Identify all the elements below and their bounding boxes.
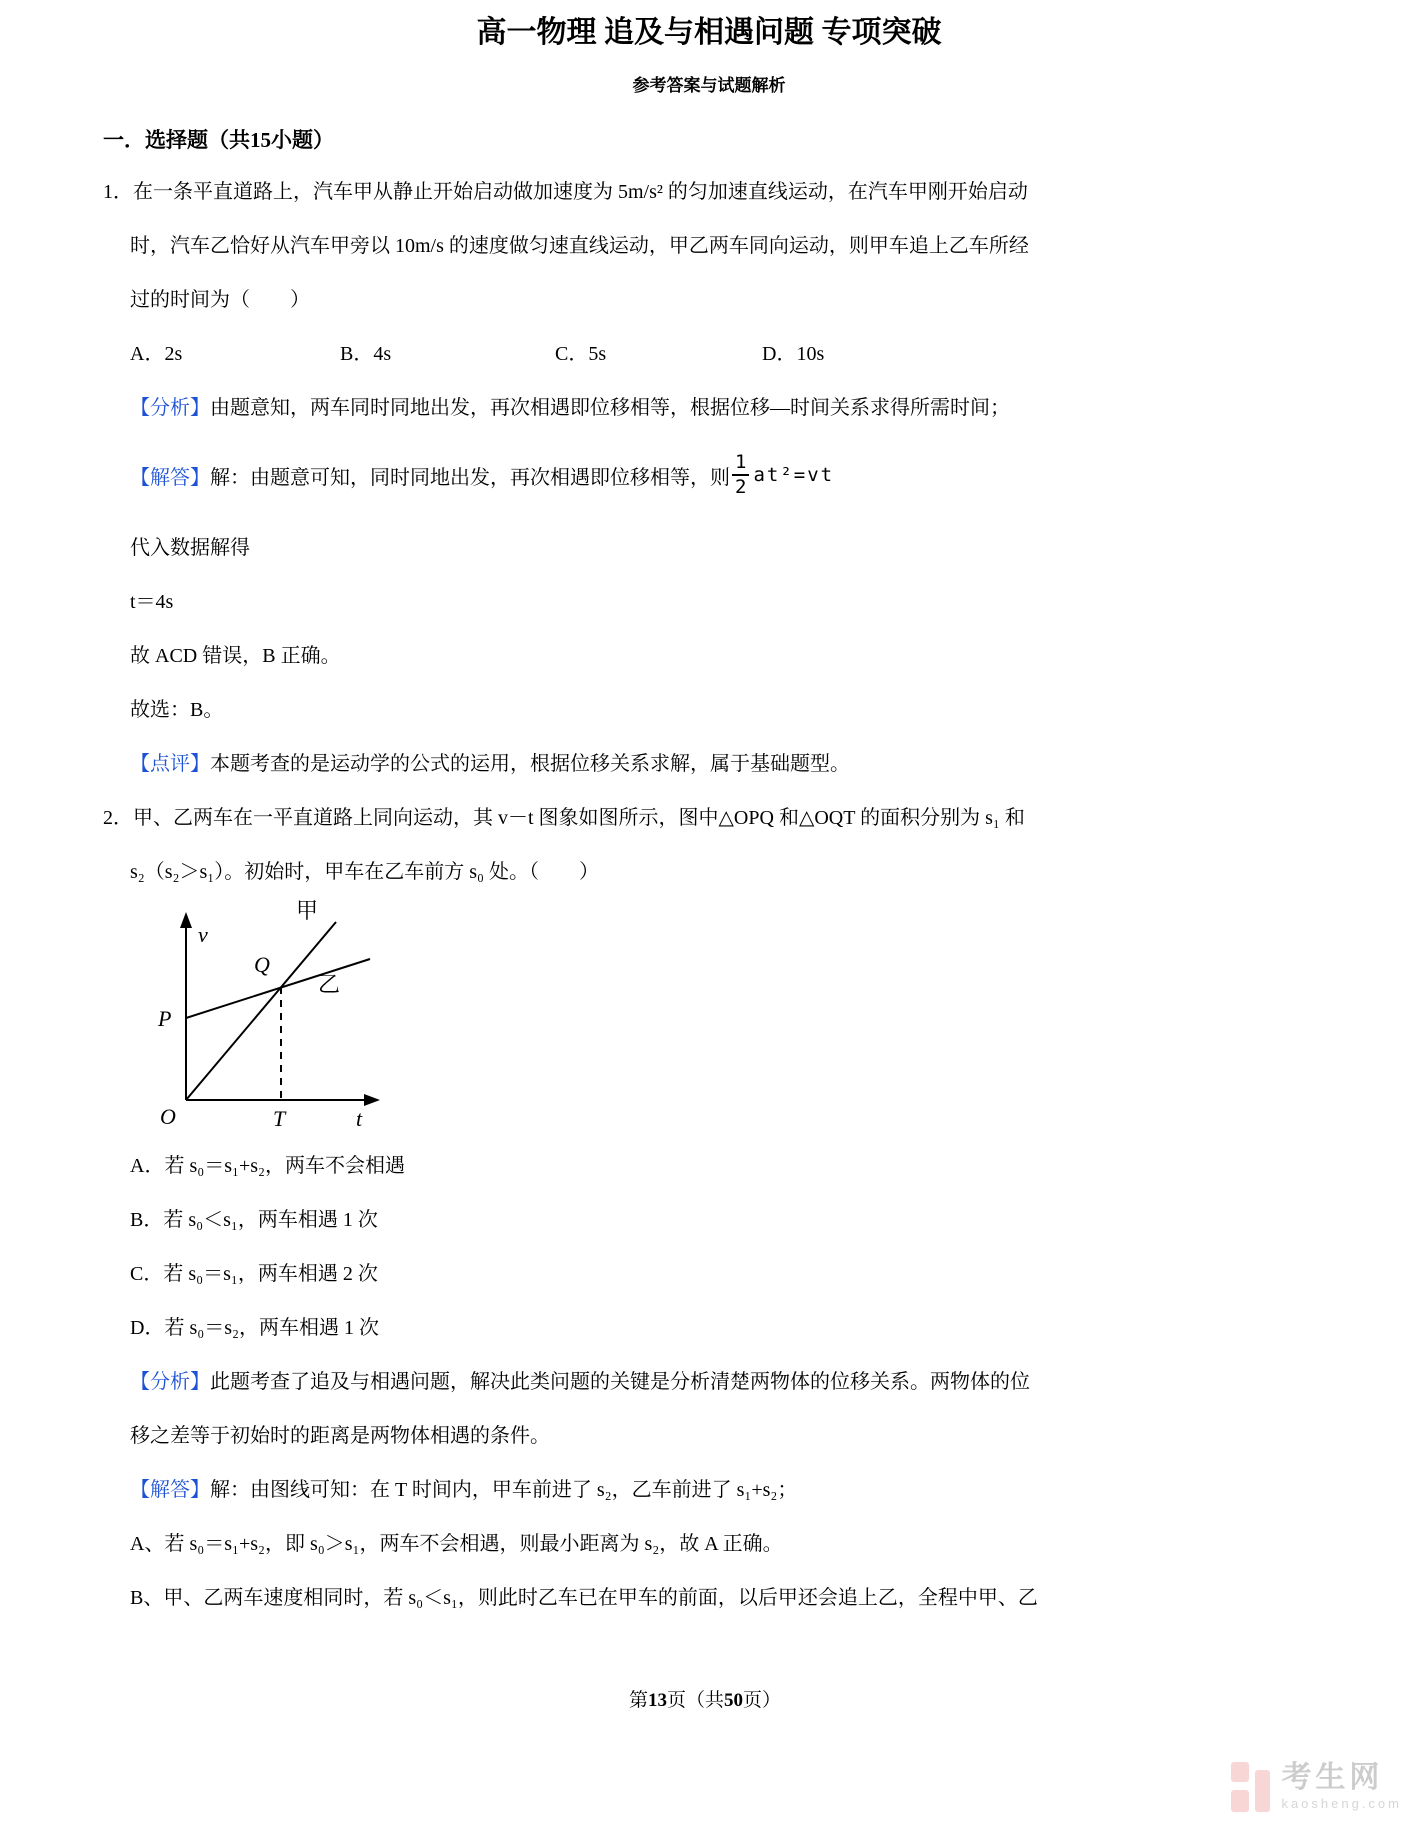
jia-curve-label: 甲 [296,900,318,923]
answer-label: 【解答】 [130,1473,210,1502]
line-yi [186,959,370,1018]
q1-option-d: D．10s [762,337,824,366]
footer-suffix: 页） [743,1690,781,1711]
vt-graph: v t O P Q T 甲 乙 [118,900,388,1132]
q1-option-c: C．5s [555,337,762,366]
footer-page-number: 13 [648,1690,667,1711]
equation-text: at²=vt [753,464,834,486]
q1-analysis-line: 【分析】 由题意知，两车同时同地出发，再次相遇即位移相等，根据位移—时间关系求得… [103,378,1315,432]
v-axis-label: v [198,922,208,947]
q1-stem-line-3: 过的时间为（ ） [103,270,1315,324]
page-subtitle: 参考答案与试题解析 [103,60,1315,104]
q2-analysis-line-1: 【分析】 此题考查了追及与相遇问题，解决此类问题的关键是分析清楚两物体的位移关系… [103,1352,1315,1406]
footer-mid: 页（共 [667,1690,724,1711]
origin-label: O [160,1104,176,1129]
q2-option-a: A．若 s₀＝s₁+s₂，两车不会相遇 [103,1136,1315,1190]
yi-curve-label: 乙 [318,972,340,997]
q1-answer-line: 【解答】 解：由题意可知，同时同地出发，再次相遇即位移相等，则 1 2 at²=… [103,432,1315,518]
watermark-text: 考生网 kaosheng.com [1281,1763,1402,1810]
q1-comment-line: 【点评】 本题考查的是运动学的公式的运用，根据位移关系求解，属于基础题型。 [103,734,1315,788]
q1-option-a: A．2s [130,337,340,366]
footer-prefix: 第 [629,1690,648,1711]
comment-label: 【点评】 [130,747,210,776]
fraction-one-half: 1 2 [732,452,749,498]
fraction-denominator: 2 [735,476,746,498]
t-axis-arrow-icon [364,1094,380,1106]
q2-figure: v t O P Q T 甲 乙 [103,896,1315,1136]
q1-step-2: t＝4s [103,572,1315,626]
kaosheng-logo-icon [1231,1760,1273,1812]
q1-analysis-text: 由题意知，两车同时同地出发，再次相遇即位移相等，根据位移—时间关系求得所需时间； [210,391,1010,420]
q2-analysis-text-1: 此题考查了追及与相遇问题，解决此类问题的关键是分析清楚两物体的位移关系。两物体的… [210,1365,1030,1394]
q1-answer-prefix: 解：由题意可知，同时同地出发，再次相遇即位移相等，则 [210,461,730,490]
q2-answer-text: 解：由图线可知：在 T 时间内，甲车前进了 s₂，乙车前进了 s₁+s₂； [210,1473,797,1502]
document-content: 高一物理 追及与相遇问题 专项突破 参考答案与试题解析 一．选择题（共15小题）… [0,0,1410,1622]
site-watermark: 考生网 kaosheng.com [1231,1760,1402,1812]
q1-step-3: 故 ACD 错误，B 正确。 [103,626,1315,680]
fraction-numerator: 1 [732,452,749,476]
watermark-site-name: 考生网 [1281,1763,1402,1793]
q2-option-c: C．若 s₀＝s₁，两车相遇 2 次 [103,1244,1315,1298]
v-axis-arrow-icon [180,912,192,928]
document-page: 高一物理 追及与相遇问题 专项突破 参考答案与试题解析 一．选择题（共15小题）… [0,0,1410,1836]
q2-option-d: D．若 s₀＝s₂，两车相遇 1 次 [103,1298,1315,1352]
q2-stem-line-1: 2．甲、乙两车在一平直道路上同向运动，其 v－t 图象如图所示，图中△OPQ 和… [103,788,1315,842]
q1-stem-line-1: 1．在一条平直道路上，汽车甲从静止开始启动做加速度为 5m/s² 的匀加速直线运… [103,162,1315,216]
q2-answer-line: 【解答】 解：由图线可知：在 T 时间内，甲车前进了 s₂，乙车前进了 s₁+s… [103,1460,1315,1514]
footer-total-pages: 50 [724,1690,743,1711]
q2-detail-a: A、若 s₀＝s₁+s₂，即 s₀＞s₁，两车不会相遇，则最小距离为 s₂，故 … [103,1514,1315,1568]
q1-stem-line-2: 时，汽车乙恰好从汽车甲旁以 10m/s 的速度做匀速直线运动，甲乙两车同向运动，… [103,216,1315,270]
watermark-site-domain: kaosheng.com [1281,1797,1402,1810]
page-title: 高一物理 追及与相遇问题 专项突破 [103,6,1315,60]
q1-step-4: 故选：B。 [103,680,1315,734]
q1-comment-text: 本题考查的是运动学的公式的运用，根据位移关系求解，属于基础题型。 [210,747,850,776]
p-label: P [157,1006,171,1031]
t-axis-label: t [356,1106,363,1131]
section-heading: 一．选择题（共15小题） [103,104,1315,162]
analysis-label: 【分析】 [130,391,210,420]
q2-analysis-line-2: 移之差等于初始时的距离是两物体相遇的条件。 [103,1406,1315,1460]
t-point-label: T [273,1106,287,1131]
answer-label: 【解答】 [130,461,210,490]
page-number-footer: 第13页（共50页） [0,1685,1410,1712]
q-label: Q [254,952,270,977]
q2-stem-line-2: s₂（s₂＞s₁）。初始时，甲车在乙车前方 s₀ 处。（ ） [103,842,1315,896]
analysis-label: 【分析】 [130,1365,210,1394]
q1-options-row: A．2s B．4s C．5s D．10s [103,324,1315,378]
q1-step-1: 代入数据解得 [103,518,1315,572]
q1-option-b: B．4s [340,337,555,366]
q2-detail-b: B、甲、乙两车速度相同时，若 s₀＜s₁，则此时乙车已在甲车的前面，以后甲还会追… [103,1568,1315,1622]
q2-option-b: B．若 s₀＜s₁，两车相遇 1 次 [103,1190,1315,1244]
